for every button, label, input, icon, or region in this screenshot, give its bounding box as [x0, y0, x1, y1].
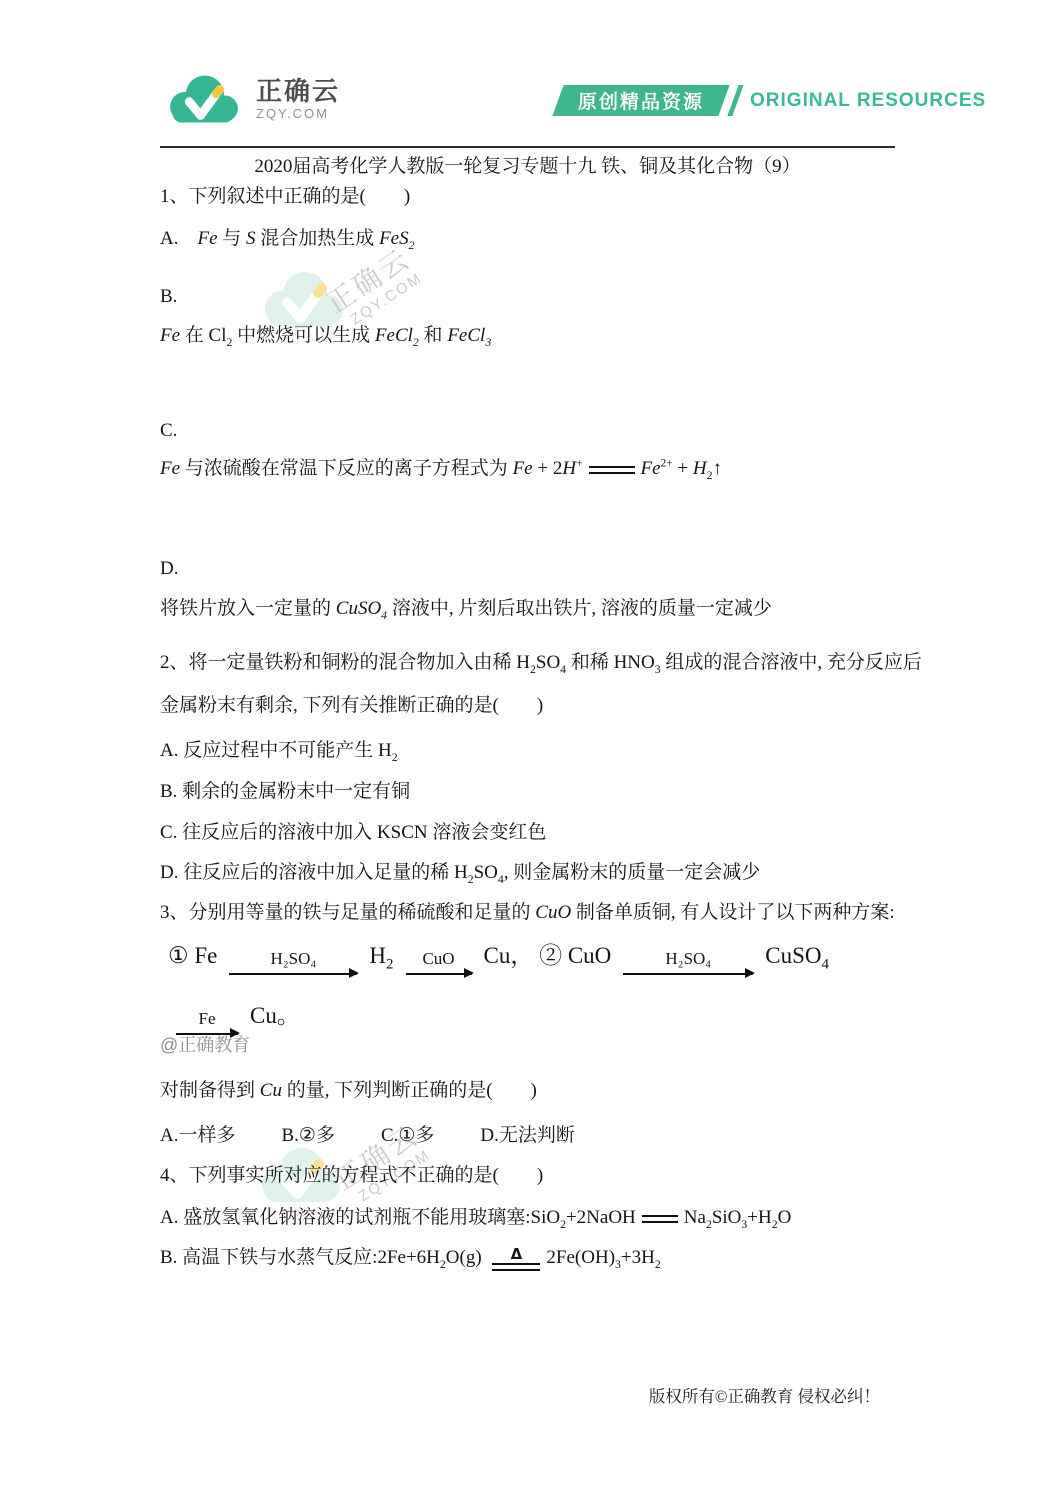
q1-option-c-label: C. [160, 418, 177, 445]
q1-option-b-label: B. [160, 284, 177, 311]
q4-stem: 4、下列事实所对应的方程式不正确的是( ) [160, 1163, 543, 1190]
original-resources-banner: 原创精品资源 ORIGINAL RESOURCES [558, 85, 986, 116]
q2-option-b: B. 剩余的金属粉末中一定有铜 [160, 779, 410, 806]
double-bond-sign: Δ [492, 1247, 540, 1271]
logo-brand: 正确云 [256, 78, 340, 105]
q2-stem-line2: 金属粉末有剩余, 下列有关推断正确的是( ) [160, 693, 543, 720]
logo-cloud-icon [164, 68, 244, 130]
copyright-notice: 版权所有©正确教育 侵权必纠！ [649, 1383, 880, 1407]
reaction-arrow: H₂SO₄ [623, 949, 753, 975]
logo-domain: ZQY.COM [256, 107, 340, 121]
banner-cn-badge: 原创精品资源 [552, 85, 729, 116]
logo-text: 正确云 ZQY.COM [256, 78, 340, 121]
banner-en-label: ORIGINAL RESOURCES [750, 85, 986, 116]
q1-option-a: A. Fe 与 S 混合加热生成 FeS2 [160, 226, 415, 254]
header-divider [160, 146, 895, 148]
q3-scheme-line1: ① FeH₂SO₄H2CuOCu， ② CuOH₂SO₄CuSO4 [168, 940, 829, 976]
watermark-credit-text: @正确教育 [160, 1031, 250, 1057]
q3-option-a: A.一样多 [160, 1123, 235, 1150]
reaction-arrow: H₂SO₄ [229, 949, 357, 975]
page-title: 2020届高考化学人教版一轮复习专题十九 铁、铜及其化合物（9） [160, 151, 895, 178]
q2-option-a: A. 反应过程中不可能产生 H2 [160, 738, 398, 766]
q3-stem: 3、分别用等量的铁与足量的稀硫酸和足量的 CuO 制备单质铜, 有人设计了以下两… [160, 900, 895, 927]
double-bond-sign [589, 466, 635, 474]
q1-option-b-body: Fe 在 Cl2 中燃烧可以生成 FeCl2 和 FeCl3 [160, 323, 491, 351]
q3-option-c: C.①多 [381, 1123, 434, 1150]
q2-option-d: D. 往反应后的溶液中加入足量的稀 H2SO4, 则金属粉末的质量一定会减少 [160, 860, 760, 888]
q2-option-c: C. 往反应后的溶液中加入 KSCN 溶液会变红色 [160, 820, 546, 847]
q1-option-c-body: Fe 与浓硫酸在常温下反应的离子方程式为 Fe + 2H+Fe2+ + H2↑ [160, 456, 722, 484]
q4-option-b: B. 高温下铁与水蒸气反应:2Fe+6H2O(g) Δ2Fe(OH)3+3H2 [160, 1245, 661, 1273]
q3-option-d: D.无法判断 [480, 1123, 574, 1150]
q1-option-d-body: 将铁片放入一定量的 CuSO4 溶液中, 片刻后取出铁片, 溶液的质量一定减少 [160, 596, 772, 624]
q3-question: 对制备得到 Cu 的量, 下列判断正确的是( ) [160, 1078, 537, 1105]
reaction-arrow: CuO [406, 949, 472, 975]
q3-scheme-line2: FeCu。 [164, 1000, 300, 1035]
q1-option-d-label: D. [160, 556, 178, 583]
zqy-logo: 正确云 ZQY.COM [164, 68, 340, 130]
banner-cn-label: 原创精品资源 [578, 87, 704, 114]
document-page: 正确云 ZQY.COM 正确云 ZQY.COM @正确教育 [0, 0, 1058, 1497]
q3-options-row: A.一样多 B.②多 C.①多 D.无法判断 [160, 1123, 575, 1150]
watermark-brand: 正确云 ZQY.COM [322, 244, 425, 333]
q3-option-b: B.②多 [281, 1123, 334, 1150]
q1-stem: 1、下列叙述中正确的是( ) [160, 184, 410, 211]
double-bond-sign [642, 1215, 678, 1223]
q4-option-a: A. 盛放氢氧化钠溶液的试剂瓶不能用玻璃塞:SiO2+2NaOHNa2SiO3+… [160, 1205, 791, 1233]
banner-slash [727, 85, 743, 116]
q2-stem-line1: 2、将一定量铁粉和铜粉的混合物加入由稀 H2SO4 和稀 HNO3 组成的混合溶… [160, 650, 922, 678]
